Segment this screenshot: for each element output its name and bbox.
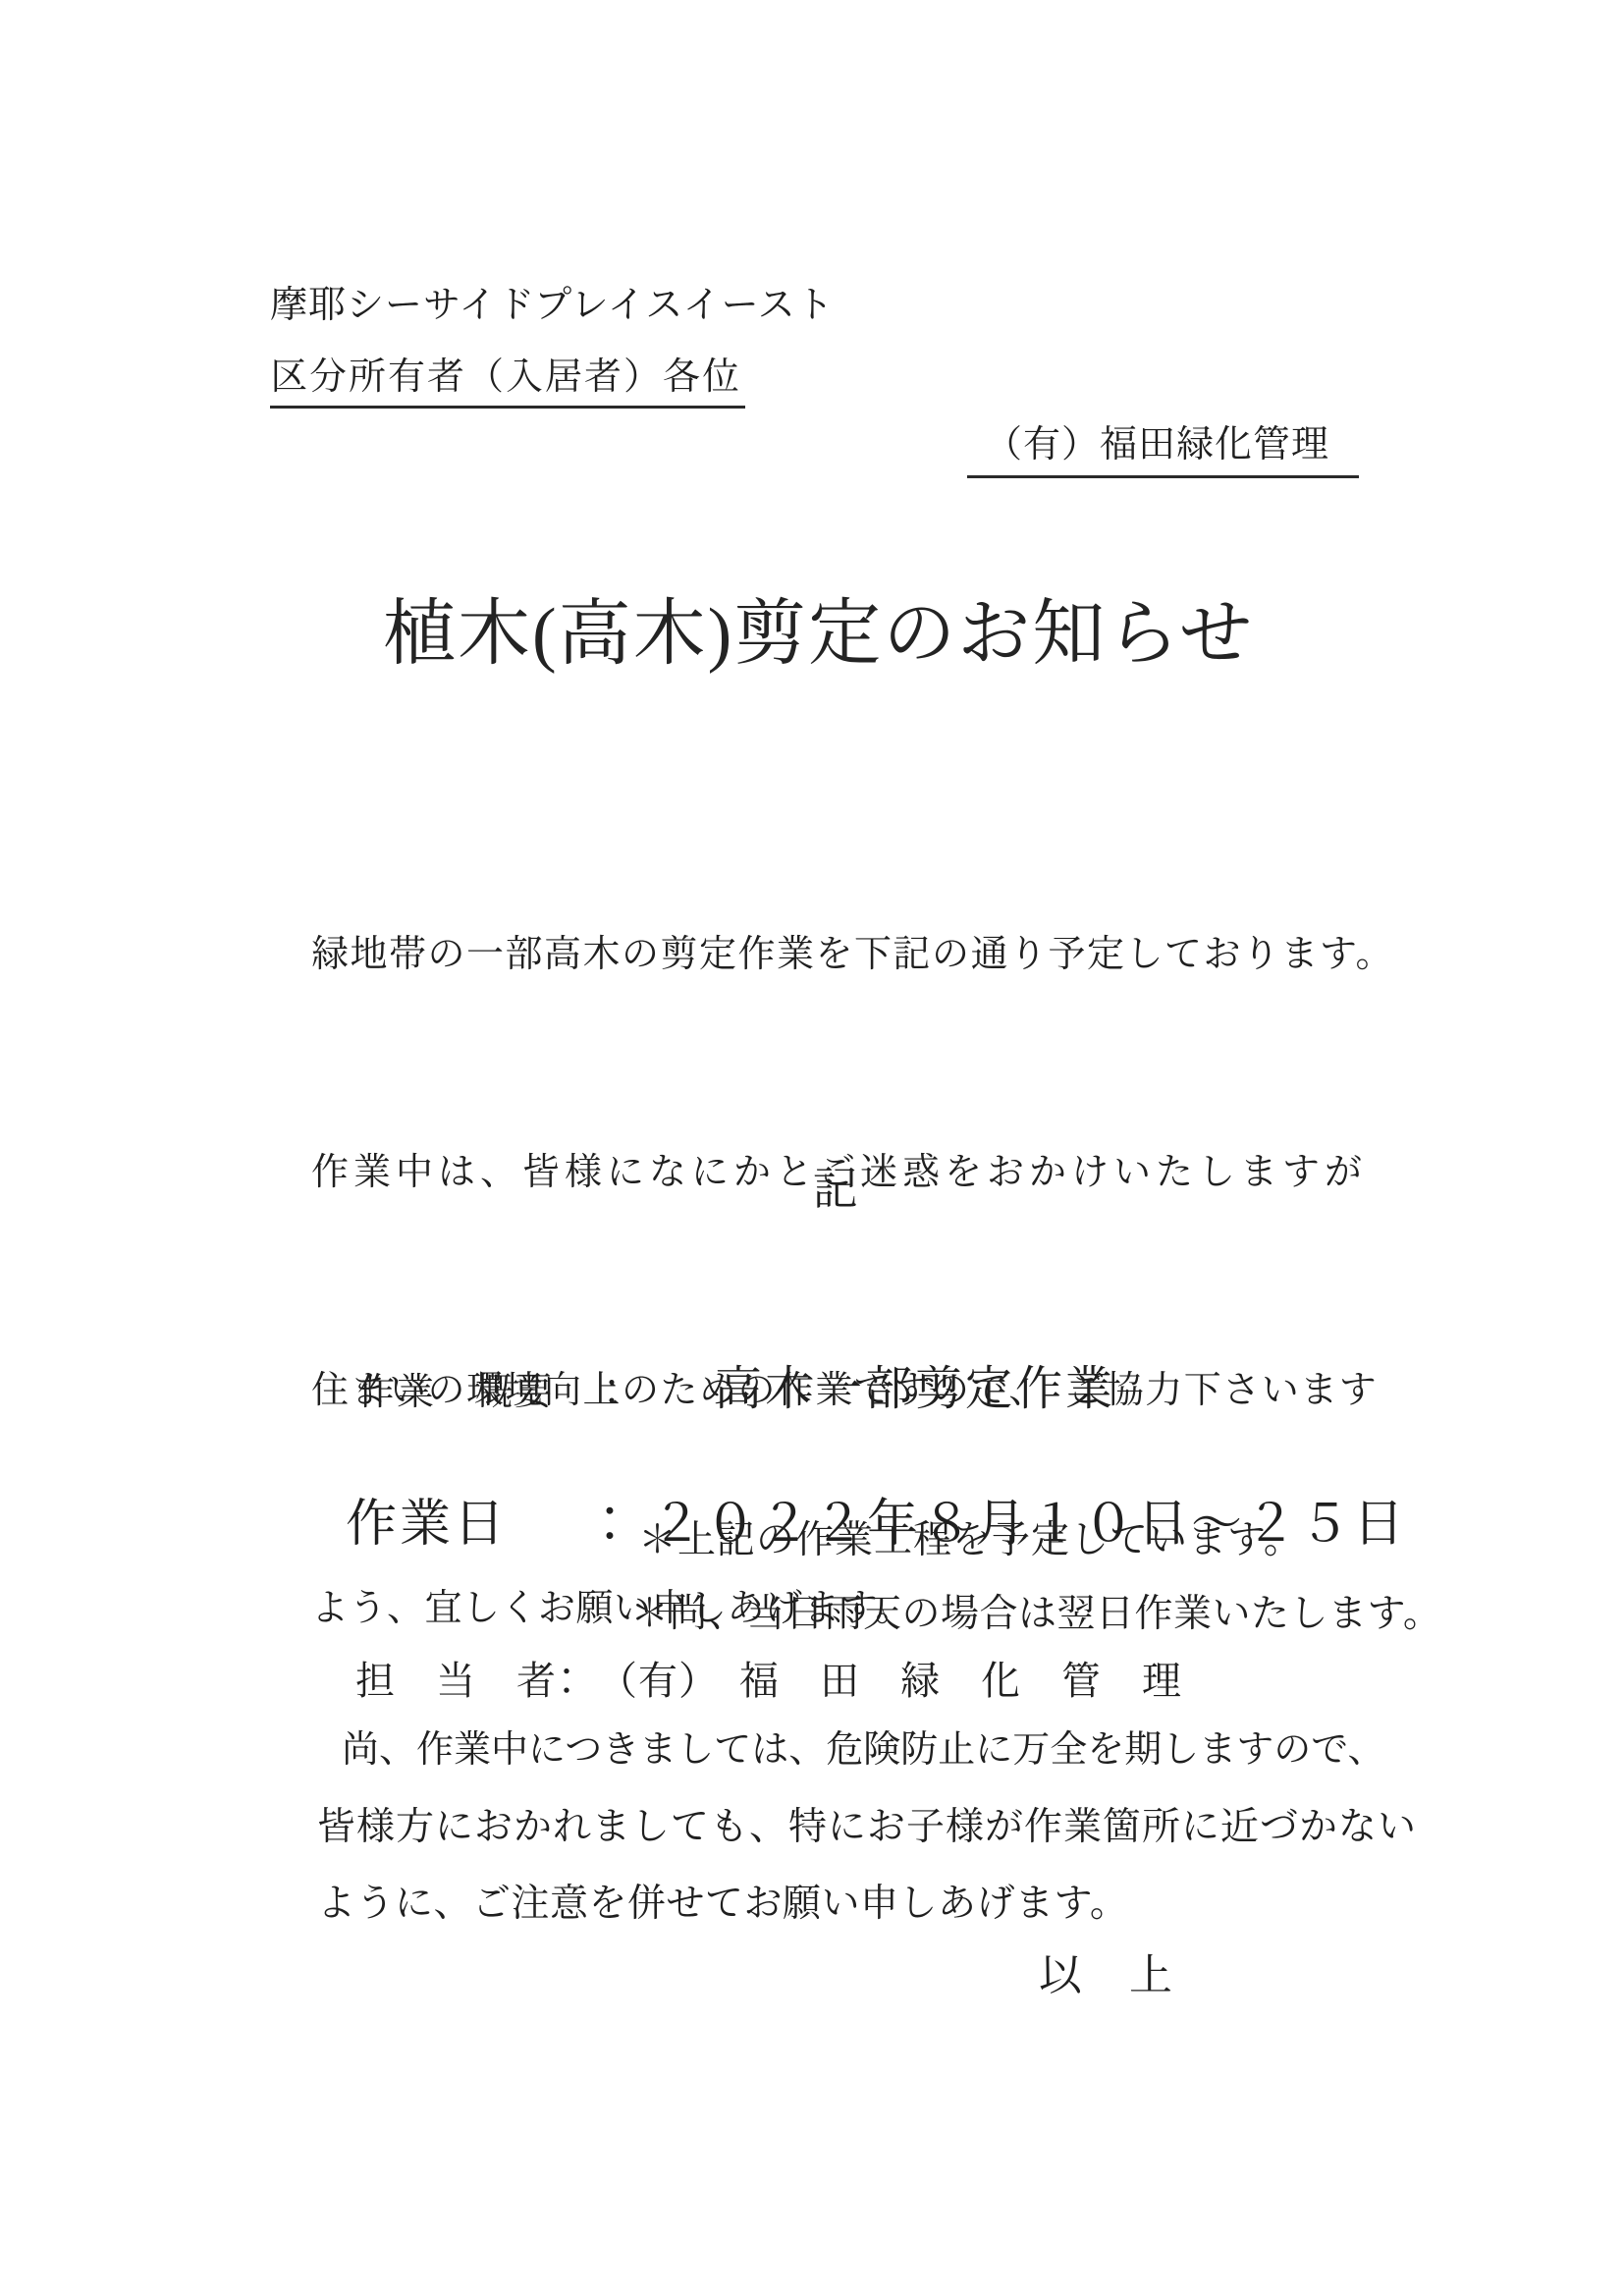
notice-document-page: 摩耶シーサイドプレイスイースト 区分所有者（入居者）各位 （有）福田緑化管理 植…	[0, 0, 1624, 2296]
closing-mark: 以 上	[1039, 1940, 1174, 2002]
staff-in-charge-line: 担 当 者： （有） 福 田 緑 化 管 理	[355, 1650, 1182, 1706]
note-schedule: ＊上記の作業工程を予定しています。	[638, 1509, 1303, 1564]
caution-line: 尚、作業中につきましては、危険防止に万全を期しますので、	[342, 1719, 1384, 1773]
sender-company-line: （有）福田緑化管理	[967, 413, 1359, 478]
greeting-line: 緑地帯の一部高木の剪定作業を下記の通り予定しております。	[311, 918, 1394, 991]
work-overview-value: 高木一部剪定作業	[715, 1363, 1115, 1415]
notice-title: 植木(高木)剪定のお知らせ	[383, 575, 1254, 680]
addressee-building-name: 摩耶シーサイドプレイスイースト	[270, 274, 835, 328]
caution-line: ように、ご注意を併せてお願い申しあげます。	[317, 1873, 1128, 1928]
work-date-label: 作業日	[346, 1497, 508, 1553]
caution-line: 皆様方におかれましても、特にお子様が作業箇所に近づかない	[317, 1796, 1417, 1851]
addressee-residents-line: 区分所有者（入居者）各位	[270, 346, 745, 409]
note-rain-postponement: ＊尚、当日雨天の場合は翌日作業いたします。	[630, 1583, 1441, 1638]
work-date-separator: ：	[584, 1497, 635, 1553]
record-section-marker: 記	[813, 1153, 858, 1218]
work-overview-label: 作業 概要 ：	[357, 1372, 632, 1413]
